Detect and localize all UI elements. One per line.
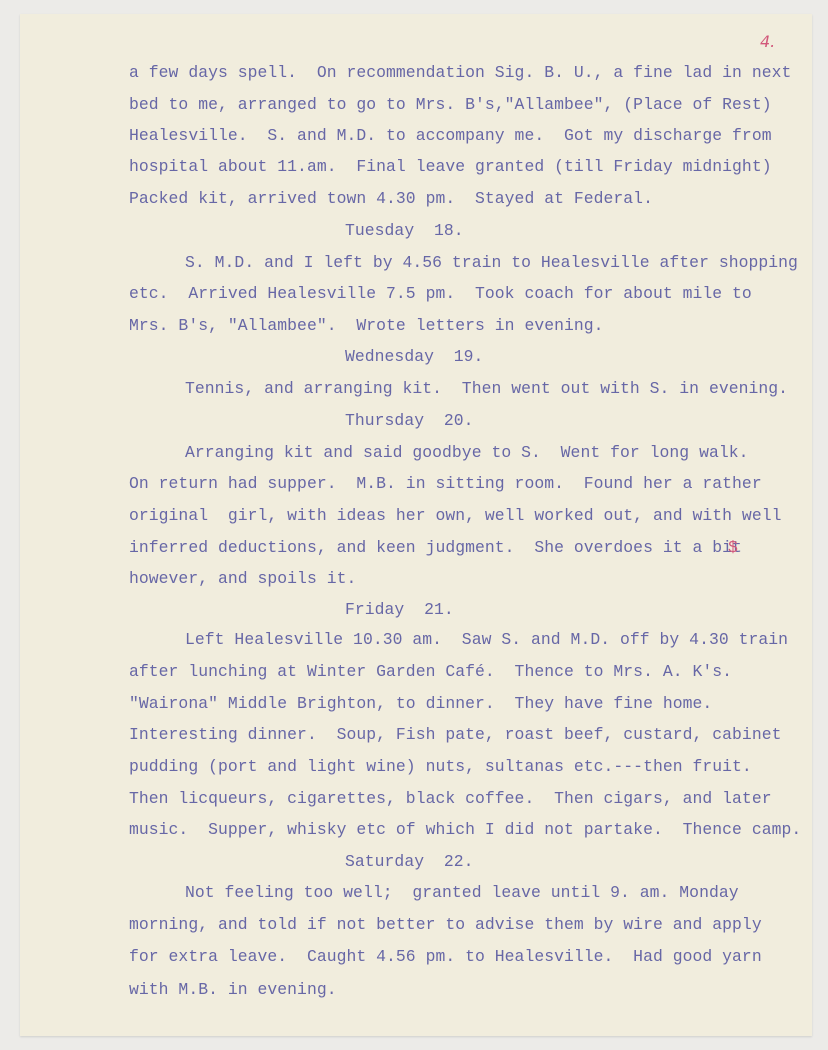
date-heading: Thursday 20.	[345, 411, 474, 431]
text-line: a few days spell. On recommendation Sig.…	[129, 63, 791, 83]
text-line: On return had supper. M.B. in sitting ro…	[129, 474, 762, 494]
text-line: pudding (port and light wine) nuts, sult…	[129, 757, 752, 777]
date-heading: Tuesday 18.	[345, 221, 464, 241]
text-line: morning, and told if not better to advis…	[129, 915, 762, 935]
text-line: original girl, with ideas her own, well …	[129, 506, 781, 526]
date-heading: Friday 21.	[345, 600, 454, 620]
text-line: Tennis, and arranging kit. Then went out…	[185, 379, 788, 399]
text-line: Interesting dinner. Soup, Fish pate, roa…	[129, 725, 781, 745]
text-line: bed to me, arranged to go to Mrs. B's,"A…	[129, 95, 772, 115]
text-line: Packed kit, arrived town 4.30 pm. Stayed…	[129, 189, 653, 209]
text-line: inferred deductions, and keen judgment. …	[129, 538, 742, 558]
text-line: Healesville. S. and M.D. to accompany me…	[129, 126, 772, 146]
text-line: Not feeling too well; granted leave unti…	[185, 883, 739, 903]
text-line: Arranging kit and said goodbye to S. Wen…	[185, 443, 749, 463]
page-number: 4.	[760, 32, 775, 51]
text-line: for extra leave. Caught 4.56 pm. to Heal…	[129, 947, 762, 967]
text-line: Mrs. B's, "Allambee". Wrote letters in e…	[129, 316, 604, 336]
text-line: Left Healesville 10.30 am. Saw S. and M.…	[185, 630, 788, 650]
date-heading: Wednesday 19.	[345, 347, 483, 367]
text-line: with M.B. in evening.	[129, 980, 337, 1000]
date-heading: Saturday 22.	[345, 852, 474, 872]
text-line: however, and spoils it.	[129, 569, 356, 589]
text-line: after lunching at Winter Garden Café. Th…	[129, 662, 732, 682]
text-line: hospital about 11.am. Final leave grante…	[129, 157, 772, 177]
text-line: "Wairona" Middle Brighton, to dinner. Th…	[129, 694, 712, 714]
correction-mark: $	[728, 538, 738, 558]
text-line: music. Supper, whisky etc of which I did…	[129, 820, 801, 840]
text-line: etc. Arrived Healesville 7.5 pm. Took co…	[129, 284, 752, 304]
text-line: Then licqueurs, cigarettes, black coffee…	[129, 789, 772, 809]
text-line: S. M.D. and I left by 4.56 train to Heal…	[185, 253, 798, 273]
